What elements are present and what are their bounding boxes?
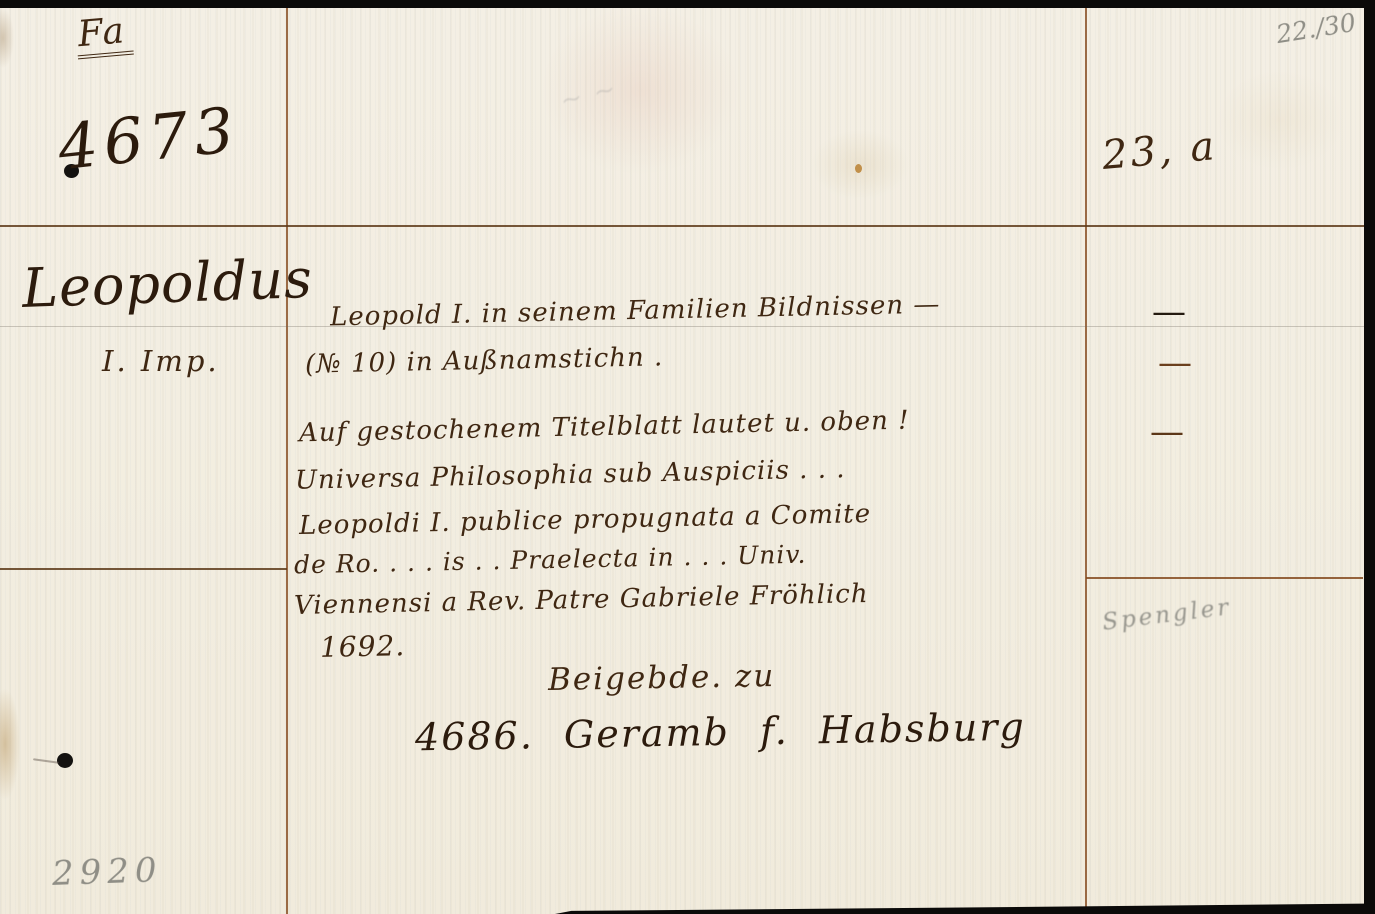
body-line: 1692. [320,629,406,664]
cross-reference-entry: 4686. Geramb f. Habsburg [415,705,1026,760]
margin-dash: — [1158,343,1192,383]
plate-reference: 23, a [1100,123,1219,179]
rule-horizontal-left-cell [0,568,287,570]
rule-horizontal-right-cell [1086,577,1363,579]
subject-name: Leopoldus [21,247,314,320]
margin-dash: — [1150,412,1184,452]
scan-edge-top [0,0,1375,8]
body-line: Leopoldi I. publice propugnata a Comite [299,499,872,541]
catalog-card-scan: ~ ~ Fa 4673 23, a 22./30 Leopoldus I. Im… [0,0,1375,914]
body-line: (№ 10) in Außnamstichn . [305,342,664,379]
rule-vertical-left [286,8,288,914]
cross-reference-intro: Beigebde. zu [548,658,776,698]
registry-mark: Fa [74,10,134,60]
body-line: Leopold I. in seinem Familien Bildnissen… [330,290,941,333]
stain-left-edge [0,688,20,800]
pencil-inventory-number: 2920 [51,850,163,894]
subject-title: I. Imp. [102,344,220,378]
margin-dash: — [1152,292,1186,332]
pencil-annotation: Spengler [1101,594,1233,636]
pencil-folio-number: 22./30 [1274,8,1358,49]
ghost-show-through: ~ ~ [557,73,620,116]
body-line: de Ro. . . . is . . Praelecta in . . . U… [294,540,807,580]
ink-fleck [855,164,862,173]
scan-edge-bottom [555,903,1375,914]
body-line: Universa Philosophia sub Auspiciis . . . [295,454,846,496]
card-number: 4673 [55,93,243,185]
scan-edge-right [1364,0,1375,914]
body-line: Viennensi a Rev. Patre Gabriele Fröhlich [294,579,869,621]
rule-horizontal-top [0,225,1364,227]
body-line: Auf gestochenem Titelblatt lautet u. obe… [299,406,910,449]
stain-top-left [0,8,14,68]
ink-dot-bottom [57,753,73,768]
rule-vertical-right [1085,8,1087,914]
